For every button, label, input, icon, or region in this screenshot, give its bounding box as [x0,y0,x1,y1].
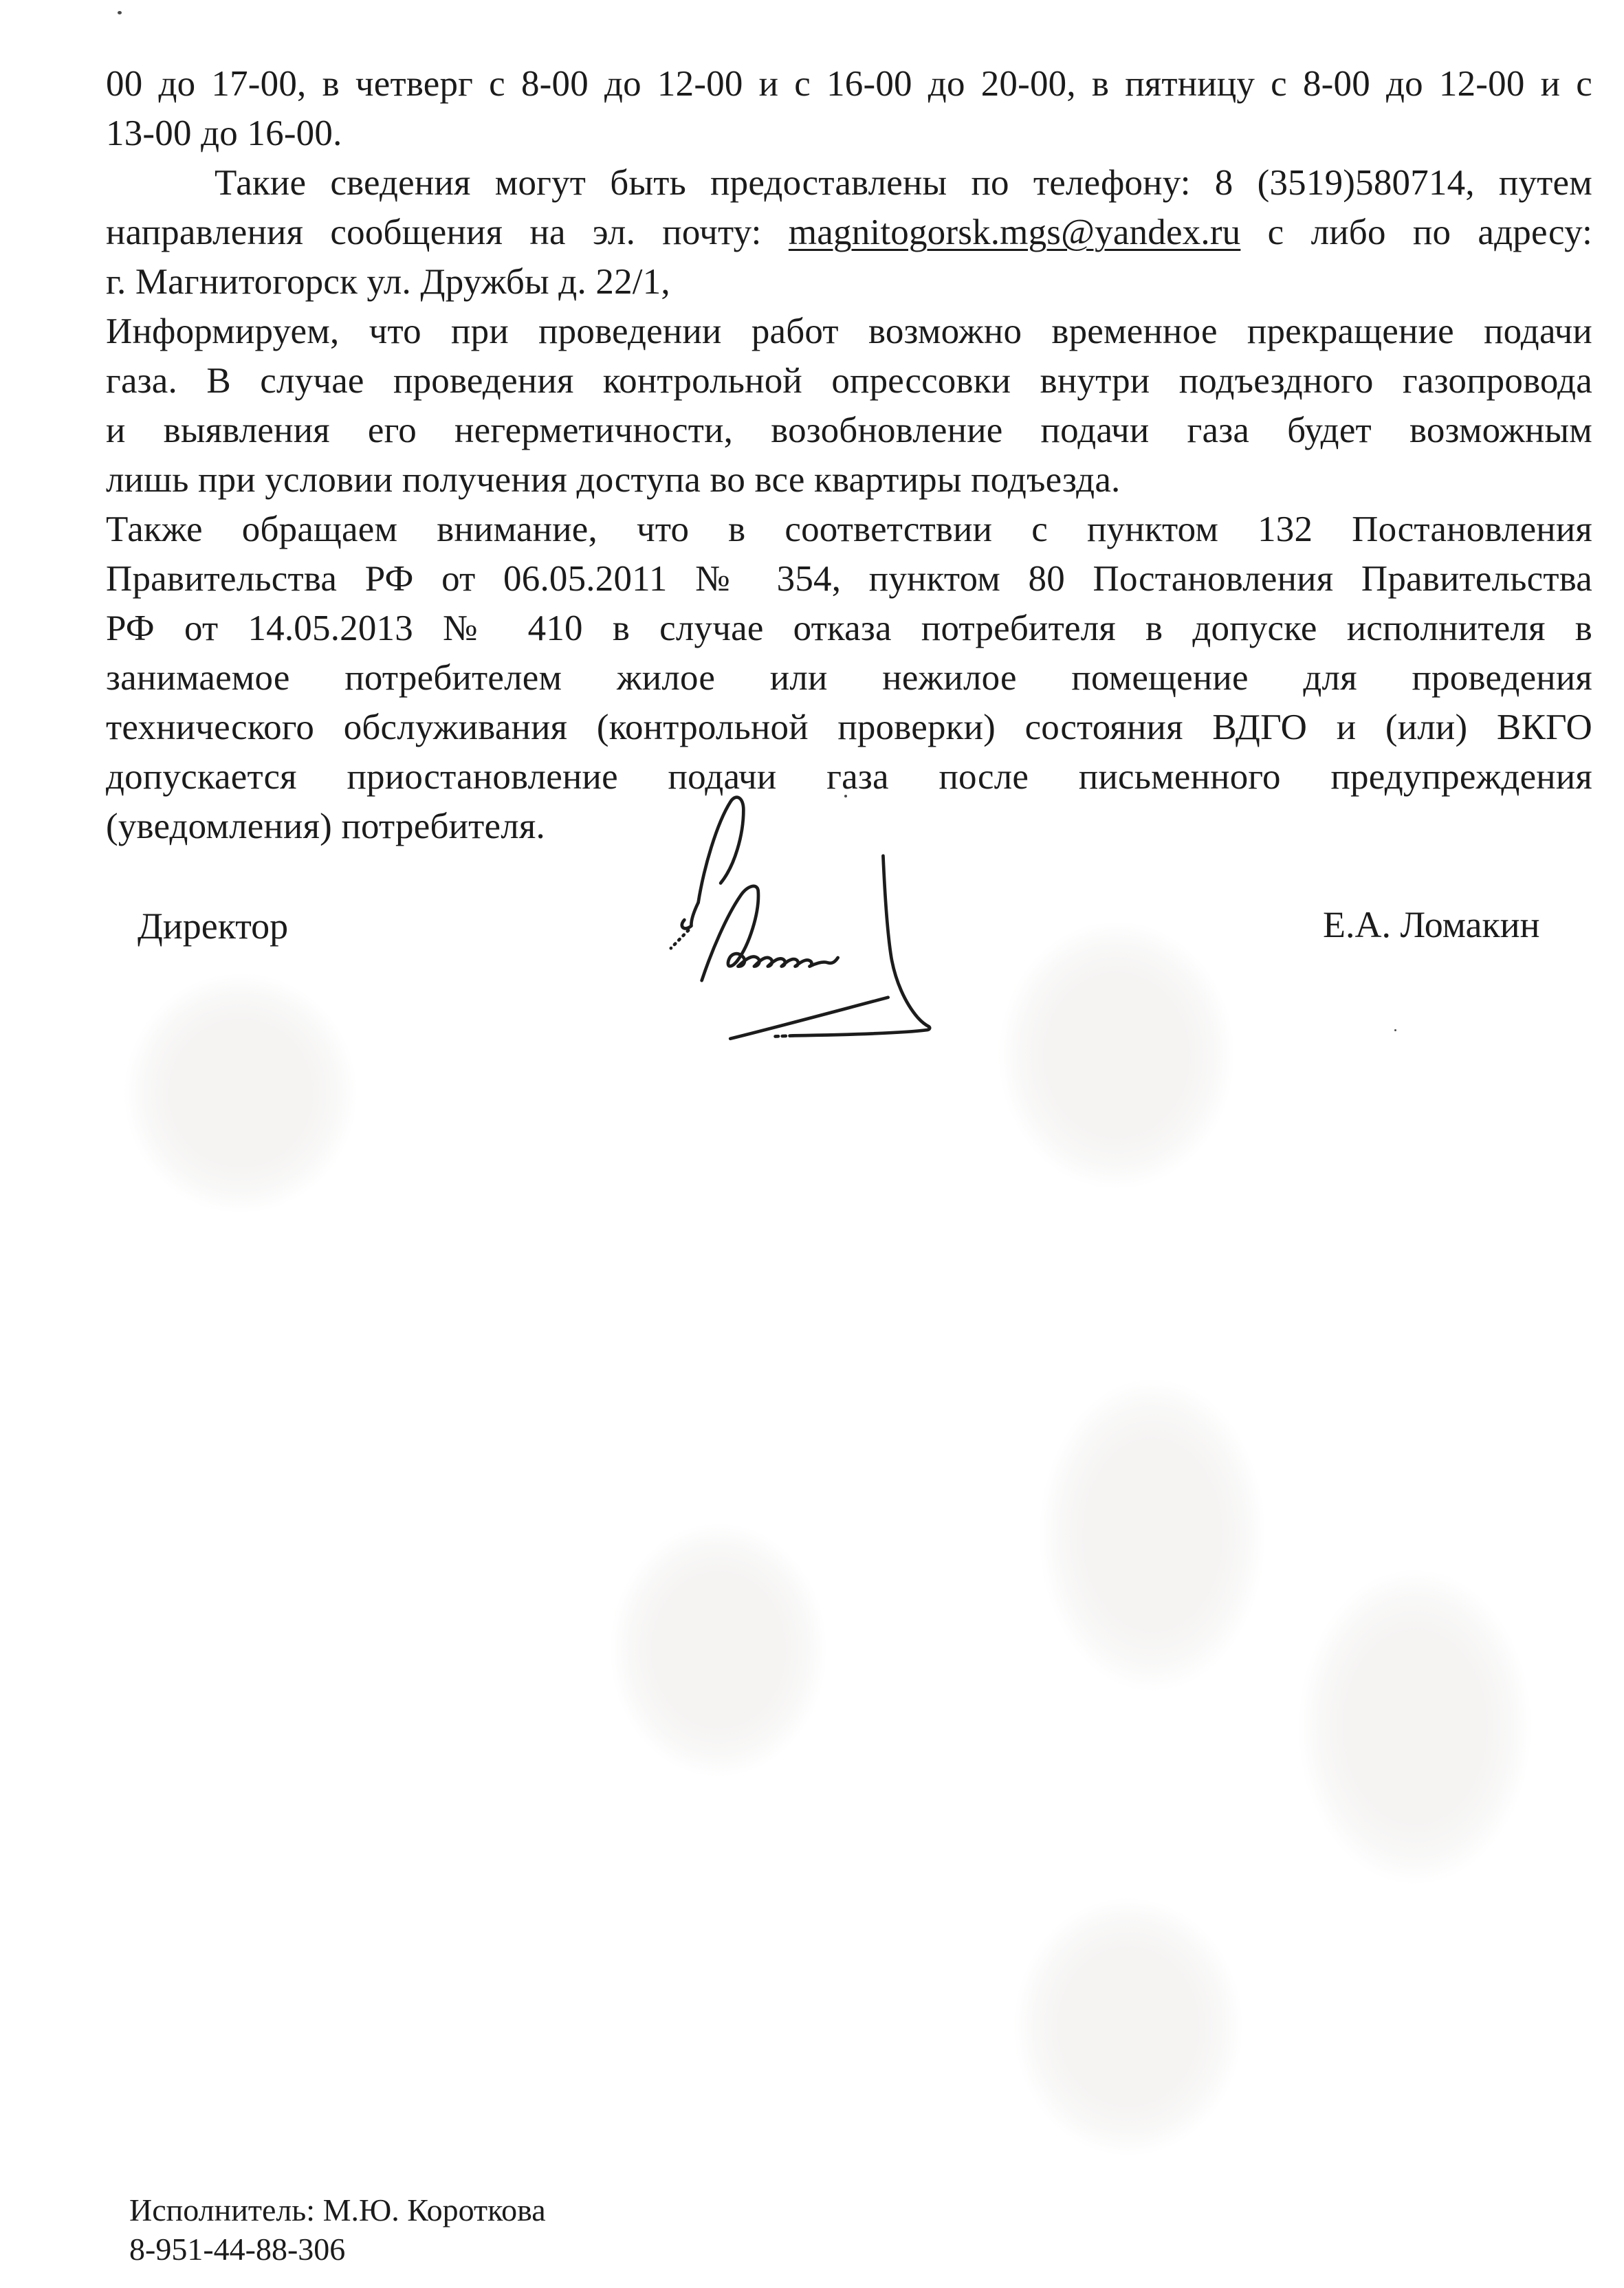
body-line: Такие сведения могут быть предоставлены … [106,158,1592,208]
scan-artifact-blob [1039,1378,1266,1692]
body-line: технического обслуживания (контрольной п… [106,703,1592,752]
body-line: лишь при условии получения доступа во вс… [106,455,1592,505]
email-link[interactable]: magnitogorsk.mgs@yandex.ru [789,212,1241,252]
scan-artifact-blob [610,1523,827,1777]
body-text: 00 до 17-00, в четверг с 8-00 до 12-00 и… [106,59,1592,851]
body-line-text: с либо по адресу: [1240,212,1592,252]
body-line: 13-00 до 16-00. [106,109,1592,158]
body-line-text: направления сообщения на эл. почту: [106,212,789,252]
handwritten-signature-icon [619,784,1004,1079]
body-line: 00 до 17-00, в четверг с 8-00 до 12-00 и… [106,59,1592,109]
scan-artifact-blob [998,921,1235,1189]
scan-artifact-blob [1013,1897,1243,2156]
scan-artifact-blob [1298,1569,1532,1885]
scan-dust-speck [118,11,122,14]
body-line: направления сообщения на эл. почту: magn… [106,208,1592,257]
body-line: и выявления его негерметичности, возобно… [106,406,1592,455]
body-line: занимаемое потребителем жилое или нежило… [106,653,1592,703]
body-line: газа. В случае проведения контрольной оп… [106,356,1592,406]
body-line: Информируем, что при проведении работ во… [106,307,1592,356]
body-line: Также обращаем внимание, что в соответст… [106,505,1592,554]
signer-title: Директор [138,905,288,947]
scanned-document-page: 00 до 17-00, в четверг с 8-00 до 12-00 и… [0,0,1624,2288]
body-line: г. Магнитогорск ул. Дружбы д. 22/1, [106,257,1592,307]
body-line: РФ от 14.05.2013 № 410 в случае отказа п… [106,604,1592,653]
footer-executor: Исполнитель: М.Ю. Короткова [129,2190,546,2230]
scan-artifact-blob [124,973,358,1213]
scan-dust-speck [1394,1029,1396,1031]
body-line: Правительства РФ от 06.05.2011 № 354, пу… [106,554,1592,604]
footer-phone: 8-951-44-88-306 [129,2230,546,2269]
footer: Исполнитель: М.Ю. Короткова 8-951-44-88-… [129,2190,546,2269]
signer-name: Е.А. Ломакин [1323,903,1540,946]
